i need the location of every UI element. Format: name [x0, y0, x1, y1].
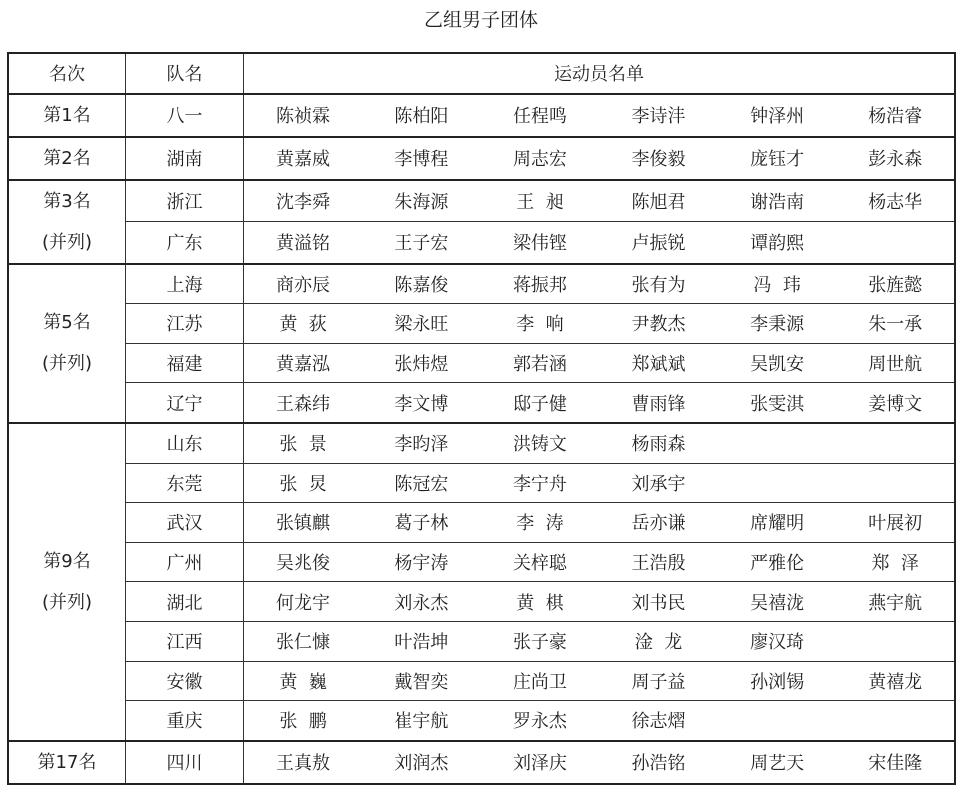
rank-cell: 第1名: [8, 94, 126, 137]
team-name: 湖南: [126, 137, 244, 180]
player-name: 张旌懿: [836, 264, 955, 304]
player-name: 曹雨锋: [599, 383, 718, 423]
player-name: 黄 巍: [244, 661, 363, 701]
player-name: 刘承宇: [599, 463, 718, 503]
player-name: [836, 222, 955, 264]
player-name: 郑斌斌: [599, 343, 718, 383]
team-name: 江西: [126, 621, 244, 661]
player-name: 任程鸣: [481, 94, 600, 137]
player-name: 庄尚卫: [481, 661, 600, 701]
player-name: 杨宇涛: [362, 542, 481, 582]
player-name: 张 鹏: [244, 701, 363, 741]
player-name: 朱海源: [362, 180, 481, 222]
player-name: 戴智奕: [362, 661, 481, 701]
player-name: 淦 龙: [599, 621, 718, 661]
player-name: 吴禧泷: [718, 582, 837, 622]
player-name: 张有为: [599, 264, 718, 304]
page-title: 乙组男子团体: [0, 6, 962, 34]
table-row: 重庆张 鹏崔宇航罗永杰徐志熠: [8, 701, 955, 741]
player-name: 宋佳隆: [836, 741, 955, 784]
team-name: 四川: [126, 741, 244, 784]
team-name: 辽宁: [126, 383, 244, 423]
table-row: 江西张仁慷叶浩坤张子豪淦 龙廖汉琦: [8, 621, 955, 661]
player-name: 姜博文: [836, 383, 955, 423]
team-name: 上海: [126, 264, 244, 304]
team-name: 八一: [126, 94, 244, 137]
player-name: 杨志华: [836, 180, 955, 222]
rank-label: 第9名: [9, 541, 125, 582]
player-name: 李秉源: [718, 304, 837, 344]
player-name: 张镇麒: [244, 503, 363, 543]
player-name: 陈旭君: [599, 180, 718, 222]
team-name: 武汉: [126, 503, 244, 543]
table-row: 武汉张镇麒葛子林李 涛岳亦谦席耀明叶展初: [8, 503, 955, 543]
player-name: 周子益: [599, 661, 718, 701]
team-name: 安徽: [126, 661, 244, 701]
table-row: 广州吴兆俊杨宇涛关梓聪王浩殷严雅伦郑 泽: [8, 542, 955, 582]
player-name: [836, 701, 955, 741]
player-name: 黄禧龙: [836, 661, 955, 701]
player-name: 李博程: [362, 137, 481, 180]
player-name: 彭永森: [836, 137, 955, 180]
player-name: 张子豪: [481, 621, 600, 661]
player-name: [718, 701, 837, 741]
player-name: 周世航: [836, 343, 955, 383]
table-row: 安徽黄 巍戴智奕庄尚卫周子益孙浏锡黄禧龙: [8, 661, 955, 701]
rank-cell: 第9名(并列): [8, 423, 126, 741]
player-name: 崔宇航: [362, 701, 481, 741]
player-name: [836, 423, 955, 463]
rank-label: 第17名: [9, 742, 125, 783]
player-name: 黄嘉泓: [244, 343, 363, 383]
player-name: [836, 621, 955, 661]
player-name: 郭若涵: [481, 343, 600, 383]
player-name: 朱一承: [836, 304, 955, 344]
table-row: 辽宁王森纬李文博邸子健曹雨锋张雯淇姜博文: [8, 383, 955, 423]
header-team: 队名: [126, 53, 244, 94]
table-row: 第3名(并列)浙江沈李舜朱海源王 昶陈旭君谢浩南杨志华: [8, 180, 955, 222]
rank-cell: 第5名(并列): [8, 264, 126, 423]
player-name: 商亦辰: [244, 264, 363, 304]
player-name: 梁永旺: [362, 304, 481, 344]
rank-label: 第5名: [9, 302, 125, 343]
rank-label: (并列): [9, 343, 125, 384]
team-name: 福建: [126, 343, 244, 383]
player-name: 吴兆俊: [244, 542, 363, 582]
rank-label: 第1名: [9, 95, 125, 136]
team-name: 广东: [126, 222, 244, 264]
header-rank: 名次: [8, 53, 126, 94]
player-name: 李俊毅: [599, 137, 718, 180]
player-name: [836, 463, 955, 503]
player-name: 谭韵熙: [718, 222, 837, 264]
player-name: 杨雨森: [599, 423, 718, 463]
player-name: 王浩殷: [599, 542, 718, 582]
player-name: 李昀泽: [362, 423, 481, 463]
team-name: 东莞: [126, 463, 244, 503]
player-name: 杨浩睿: [836, 94, 955, 137]
table-row: 第17名四川王真敖刘润杰刘泽庆孙浩铭周艺天宋佳隆: [8, 741, 955, 784]
player-name: 沈李舜: [244, 180, 363, 222]
player-name: 李 涛: [481, 503, 600, 543]
table-row: 第9名(并列)山东张 景李昀泽洪铸文杨雨森: [8, 423, 955, 463]
player-name: 陈冠宏: [362, 463, 481, 503]
player-name: 黄 荻: [244, 304, 363, 344]
player-name: 李文博: [362, 383, 481, 423]
table-row: 东莞张 炅陈冠宏李宁舟刘承宇: [8, 463, 955, 503]
player-name: 孙浩铭: [599, 741, 718, 784]
player-name: 孙浏锡: [718, 661, 837, 701]
player-name: 王子宏: [362, 222, 481, 264]
team-name: 广州: [126, 542, 244, 582]
player-name: [718, 423, 837, 463]
player-name: 刘润杰: [362, 741, 481, 784]
player-name: 郑 泽: [836, 542, 955, 582]
table-row: 广东黄溢铭王子宏梁伟铿卢振锐谭韵熙: [8, 222, 955, 264]
table-row: 福建黄嘉泓张炜煜郭若涵郑斌斌吴凯安周世航: [8, 343, 955, 383]
player-name: 刘永杰: [362, 582, 481, 622]
player-name: 周志宏: [481, 137, 600, 180]
table-row: 湖北何龙宇刘永杰黄 棋刘书民吴禧泷燕宇航: [8, 582, 955, 622]
table-row: 江苏黄 荻梁永旺李 响尹教杰李秉源朱一承: [8, 304, 955, 344]
table-row: 第2名湖南黄嘉威李博程周志宏李俊毅庞钰才彭永森: [8, 137, 955, 180]
team-name: 湖北: [126, 582, 244, 622]
player-name: 周艺天: [718, 741, 837, 784]
rank-cell: 第3名(并列): [8, 180, 126, 264]
player-name: 谢浩南: [718, 180, 837, 222]
player-name: 燕宇航: [836, 582, 955, 622]
player-name: 陈祯霖: [244, 94, 363, 137]
results-table: 名次 队名 运动员名单 第1名八一陈祯霖陈柏阳任程鸣李诗沣钟泽州杨浩睿第2名湖南…: [7, 52, 956, 785]
team-name: 重庆: [126, 701, 244, 741]
player-name: 王真敖: [244, 741, 363, 784]
team-name: 江苏: [126, 304, 244, 344]
player-name: 蒋振邦: [481, 264, 600, 304]
rank-label: 第2名: [9, 138, 125, 179]
player-name: 徐志熠: [599, 701, 718, 741]
player-name: 张雯淇: [718, 383, 837, 423]
player-name: 廖汉琦: [718, 621, 837, 661]
player-name: 席耀明: [718, 503, 837, 543]
player-name: 李 响: [481, 304, 600, 344]
rank-cell: 第17名: [8, 741, 126, 784]
player-name: 叶浩坤: [362, 621, 481, 661]
player-name: 张炜煜: [362, 343, 481, 383]
player-name: 卢振锐: [599, 222, 718, 264]
player-name: 黄溢铭: [244, 222, 363, 264]
table-row: 第5名(并列)上海商亦辰陈嘉俊蒋振邦张有为冯 玮张旌懿: [8, 264, 955, 304]
player-name: 吴凯安: [718, 343, 837, 383]
player-name: 叶展初: [836, 503, 955, 543]
player-name: 罗永杰: [481, 701, 600, 741]
player-name: 李宁舟: [481, 463, 600, 503]
player-name: 王森纬: [244, 383, 363, 423]
player-name: 严雅伦: [718, 542, 837, 582]
player-name: 陈柏阳: [362, 94, 481, 137]
player-name: 王 昶: [481, 180, 600, 222]
player-name: 张 景: [244, 423, 363, 463]
rank-label: (并列): [9, 222, 125, 263]
player-name: 尹教杰: [599, 304, 718, 344]
rank-label: (并列): [9, 582, 125, 623]
player-name: 冯 玮: [718, 264, 837, 304]
player-name: 刘书民: [599, 582, 718, 622]
player-name: 葛子林: [362, 503, 481, 543]
team-name: 浙江: [126, 180, 244, 222]
rank-label: 第3名: [9, 181, 125, 222]
player-name: 李诗沣: [599, 94, 718, 137]
player-name: 张仁慷: [244, 621, 363, 661]
rank-cell: 第2名: [8, 137, 126, 180]
player-name: 洪铸文: [481, 423, 600, 463]
player-name: 岳亦谦: [599, 503, 718, 543]
player-name: 邸子健: [481, 383, 600, 423]
player-name: 黄 棋: [481, 582, 600, 622]
player-name: 庞钰才: [718, 137, 837, 180]
table-row: 第1名八一陈祯霖陈柏阳任程鸣李诗沣钟泽州杨浩睿: [8, 94, 955, 137]
player-name: 梁伟铿: [481, 222, 600, 264]
player-name: 张 炅: [244, 463, 363, 503]
player-name: [718, 463, 837, 503]
player-name: 钟泽州: [718, 94, 837, 137]
player-name: 陈嘉俊: [362, 264, 481, 304]
team-name: 山东: [126, 423, 244, 463]
header-players: 运动员名单: [244, 53, 956, 94]
player-name: 黄嘉威: [244, 137, 363, 180]
player-name: 关梓聪: [481, 542, 600, 582]
player-name: 刘泽庆: [481, 741, 600, 784]
header-row: 名次 队名 运动员名单: [8, 53, 955, 94]
player-name: 何龙宇: [244, 582, 363, 622]
